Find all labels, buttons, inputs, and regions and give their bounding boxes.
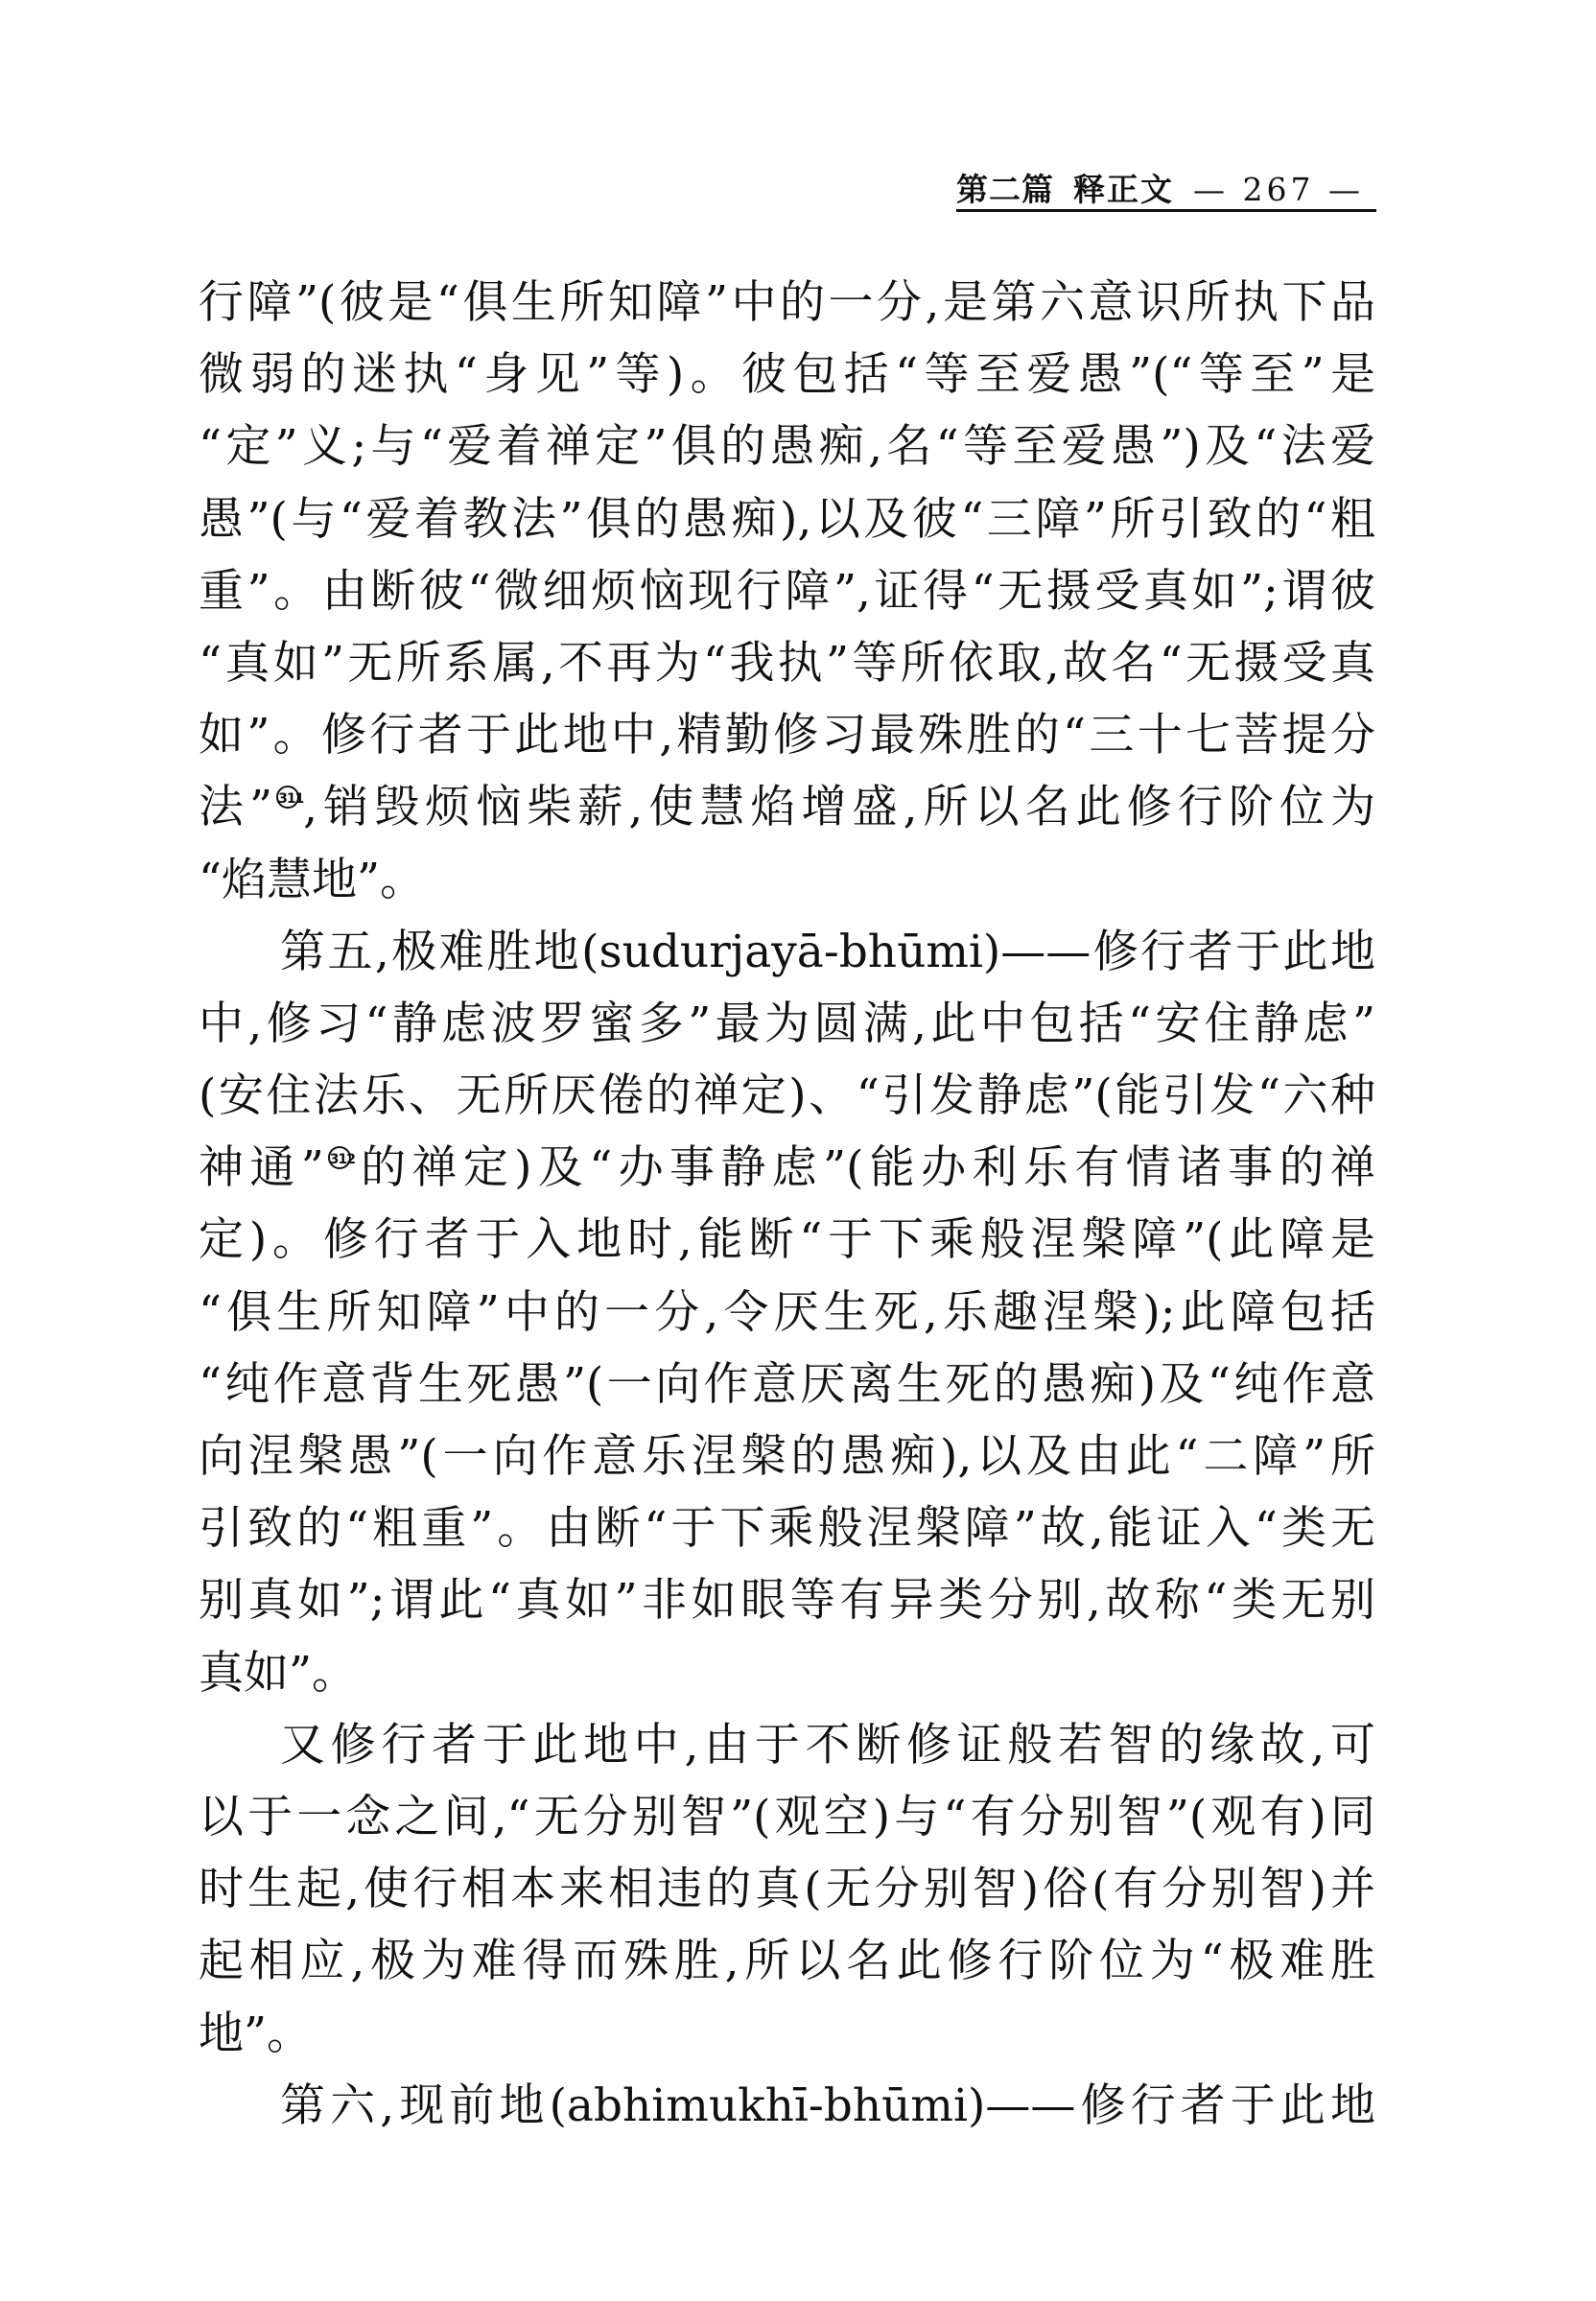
text-line: 行障”(彼是“俱生所知障”中的一分,是第六意识所执下品 <box>199 267 1375 339</box>
text-line: 以于一念之间,“无分别智”(观空)与“有分别智”(观有)同 <box>199 1781 1375 1853</box>
page-number: — 267 — <box>1193 171 1364 209</box>
text-line: 愚”(与“爱着教法”俱的愚痴),以及彼“三障”所引致的“粗 <box>199 483 1375 555</box>
text-fragment: 的禅定)及“办事静虑”(能办利乐有情诸事的禅 <box>355 1141 1375 1194</box>
body-text: 行障”(彼是“俱生所知障”中的一分,是第六意识所执下品 微弱的迷执“身见”等)。… <box>199 267 1375 2142</box>
text-line: 向涅槃愚”(一向作意乐涅槃的愚痴),以及由此“二障”所 <box>199 1421 1375 1492</box>
paragraph-start-line: 第五,极难胜地(sudurjayā-bhūmi)——修行者于此地 <box>199 916 1375 988</box>
chapter-title: 第二篇 <box>956 171 1054 209</box>
running-header: 第二篇 释正文 — 267 — <box>956 165 1376 212</box>
text-fragment: ,销毁烦恼柴薪,使慧焰增盛,所以名此修行阶位为 <box>303 781 1375 834</box>
text-line: 重”。由断彼“微细烦恼现行障”,证得“无摄受真如”;谓彼 <box>199 555 1375 627</box>
text-line-with-footnote: 法”311,销毁烦恼柴薪,使慧焰增盛,所以名此修行阶位为 <box>199 771 1375 843</box>
text-line-with-footnote: 神通”312的禅定)及“办事静虑”(能办利乐有情诸事的禅 <box>199 1132 1375 1204</box>
text-fragment: 法” <box>199 781 272 834</box>
text-line: “焰慧地”。 <box>199 844 1375 916</box>
text-line: 时生起,使行相本来相违的真(无分别智)俗(有分别智)并 <box>199 1853 1375 1925</box>
text-line: (安住法乐、无所厌倦的禅定)、“引发静虑”(能引发“六种 <box>199 1060 1375 1132</box>
text-line: 真如”。 <box>199 1637 1375 1709</box>
text-line: “真如”无所系属,不再为“我执”等所依取,故名“无摄受真 <box>199 627 1375 699</box>
text-line: 如”。修行者于此地中,精勤修习最殊胜的“三十七菩提分 <box>199 699 1375 771</box>
text-line: 定)。修行者于入地时,能断“于下乘般涅槃障”(此障是 <box>199 1204 1375 1276</box>
text-line: 起相应,极为难得而殊胜,所以名此修行阶位为“极难胜 <box>199 1925 1375 1997</box>
text-line: 中,修习“静虑波罗蜜多”最为圆满,此中包括“安住静虑” <box>199 988 1375 1060</box>
text-line: “定”义;与“爱着禅定”俱的愚痴,名“等至爱愚”)及“法爱 <box>199 411 1375 482</box>
paragraph-start-line: 第六,现前地(abhimukhī-bhūmi)——修行者于此地 <box>199 2070 1375 2142</box>
footnote-marker-311[interactable]: 311 <box>276 786 299 809</box>
text-line: “俱生所知障”中的一分,令厌生死,乐趣涅槃);此障包括 <box>199 1277 1375 1349</box>
paragraph-start-line: 又修行者于此地中,由于不断修证般若智的缘故,可 <box>199 1709 1375 1781</box>
footnote-marker-312[interactable]: 312 <box>328 1146 351 1169</box>
text-line: 地”。 <box>199 1998 1375 2070</box>
section-title: 释正文 <box>1073 171 1174 209</box>
text-line: 别真如”;谓此“真如”非如眼等有异类分别,故称“类无别 <box>199 1564 1375 1636</box>
text-line: 引致的“粗重”。由断“于下乘般涅槃障”故,能证入“类无 <box>199 1492 1375 1564</box>
text-line: “纯作意背生死愚”(一向作意厌离生死的愚痴)及“纯作意 <box>199 1349 1375 1421</box>
text-fragment: 神通” <box>199 1141 324 1194</box>
text-line: 微弱的迷执“身见”等)。彼包括“等至爱愚”(“等至”是 <box>199 339 1375 411</box>
